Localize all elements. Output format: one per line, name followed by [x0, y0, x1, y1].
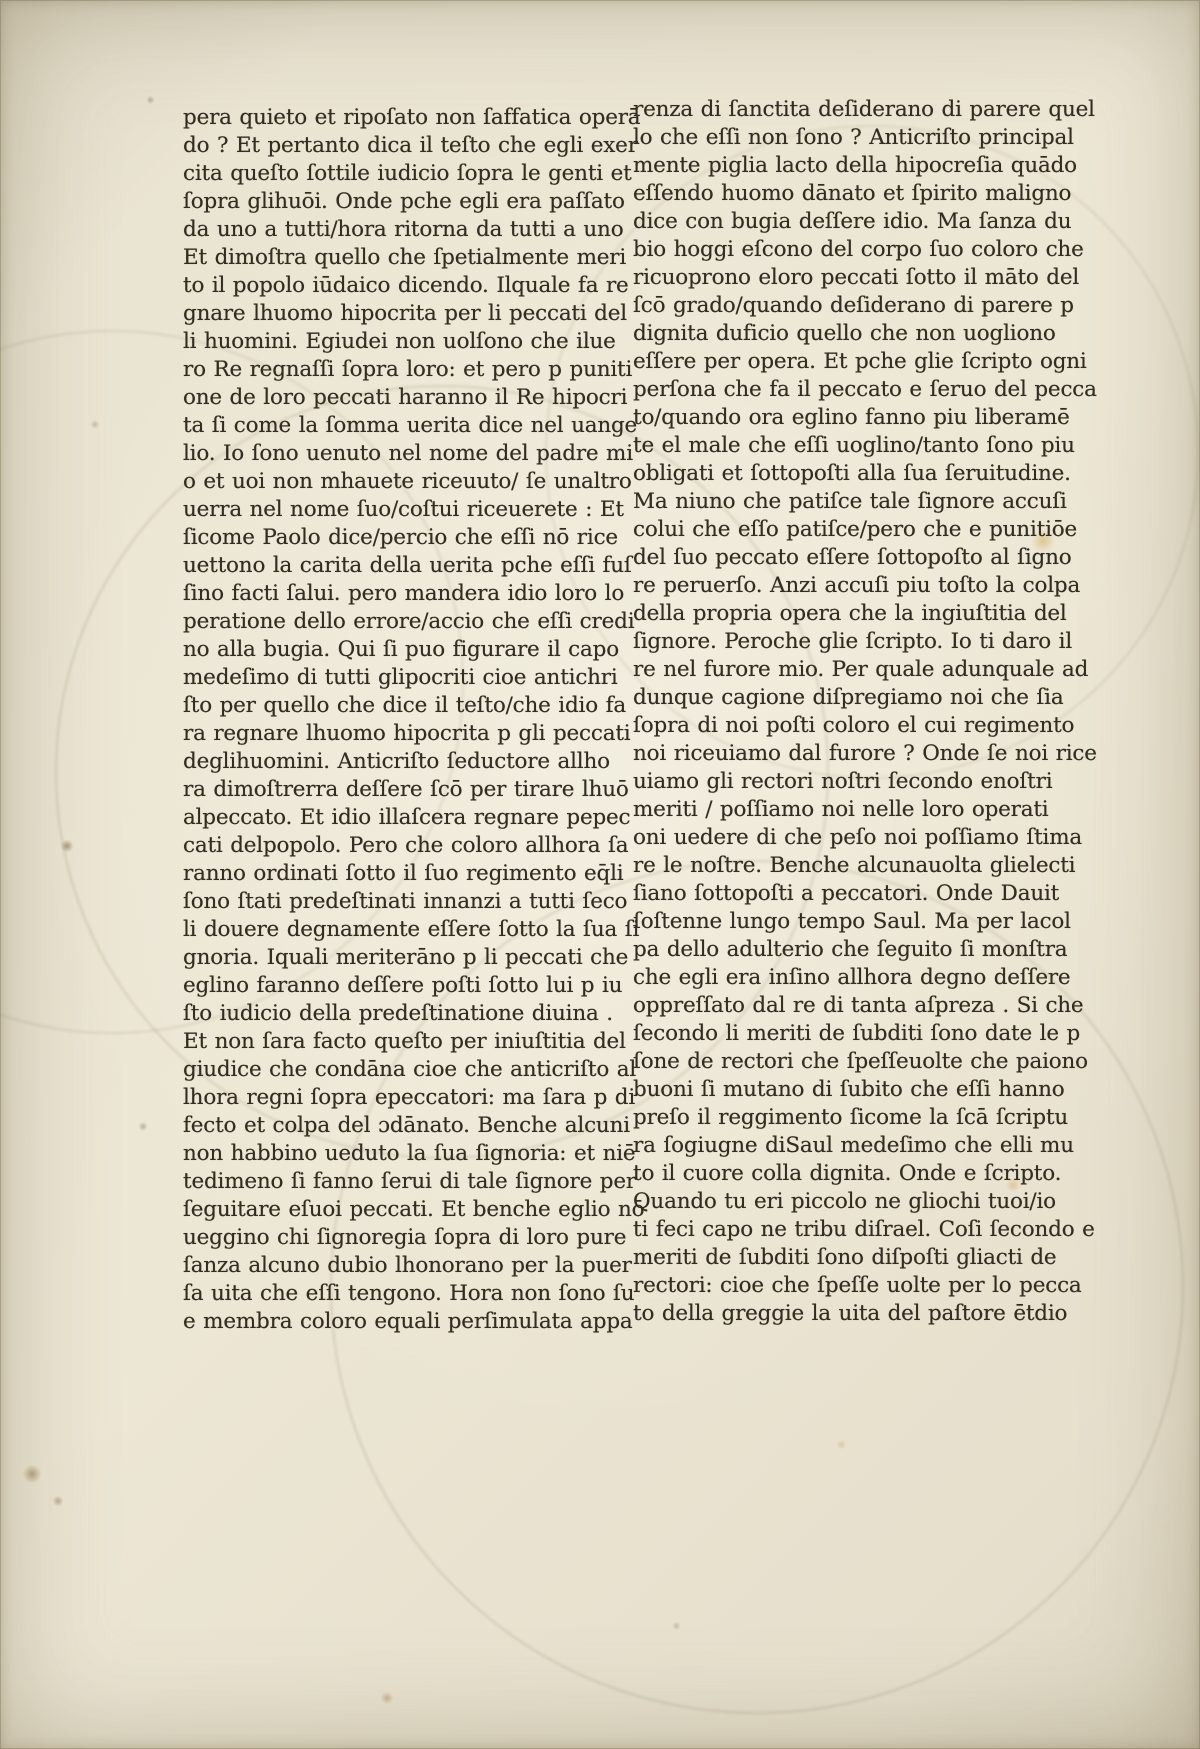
text-line: ſino facti ſalui. pero mandera idio loro… [183, 580, 585, 608]
text-line: to/quando ora eglino fanno piu liberamē [633, 404, 1041, 432]
text-line: perſona che fa il peccato e ſeruo del pe… [633, 376, 1041, 404]
text-line: ra ſogiugne diSaul medeſimo che elli mu [633, 1132, 1041, 1160]
text-line: mente piglia lacto della hipocreſia quād… [633, 152, 1041, 180]
text-line: del ſuo peccato eſſere ſottopoſto al ſig… [633, 544, 1041, 572]
text-line: bio hoggi eſcono del corpo ſuo coloro ch… [633, 236, 1041, 264]
text-column-right: renza di ſanctita deſiderano di parere q… [633, 96, 1041, 1328]
text-line: ſanza alcuno dubio lhonorano per la puer [183, 1252, 585, 1280]
text-line: lio. Io ſono uenuto nel nome del padre m… [183, 440, 585, 468]
text-line: giudice che condāna cioe che anticriſto … [183, 1056, 585, 1084]
text-line: meriti / poſſiamo noi nelle loro operati [633, 796, 1041, 824]
text-line: to il cuore colla dignita. Onde e ſcript… [633, 1160, 1041, 1188]
text-line: Et non ſara facto queſto per iniuſtitia … [183, 1028, 585, 1056]
text-line: della propria opera che la ingiuſtitia d… [633, 600, 1041, 628]
text-line: ſeguitare eſuoi peccati. Et benche eglio… [183, 1196, 585, 1224]
text-line: buoni ſi mutano di ſubito che eſſi hanno [633, 1076, 1041, 1104]
text-line: preſo il reggimento ſicome la ſcā ſcript… [633, 1104, 1041, 1132]
text-line: gnoria. Iquali meriterāno p li peccati c… [183, 944, 585, 972]
text-line: one de loro peccati haranno il Re hipocr… [183, 384, 585, 412]
text-line: dunque cagione diſpregiamo noi che ſia [633, 684, 1041, 712]
text-line: oppreſſato dal re di tanta aſpreza . Si … [633, 992, 1041, 1020]
text-line: oni uedere di che peſo noi poſſiamo ſtim… [633, 824, 1041, 852]
text-line: ſone de rectori che ſpeſſeuolte che paio… [633, 1048, 1041, 1076]
text-line: ricuoprono eloro peccati ſotto il māto d… [633, 264, 1041, 292]
text-line: dignita duficio quello che non uogliono [633, 320, 1041, 348]
text-line: te el male che eſſi uoglino/tanto ſono p… [633, 432, 1041, 460]
text-line: ranno ordinati ſotto il ſuo regimento eq… [183, 860, 585, 888]
text-line: li douere degnamente eſſere ſotto la ſua… [183, 916, 585, 944]
text-line: peratione dello errore/accio che eſſi cr… [183, 608, 585, 636]
text-line: cati delpopolo. Pero che coloro allhora … [183, 832, 585, 860]
text-line: rectori: cioe che ſpeſſe uolte per lo pe… [633, 1272, 1041, 1300]
text-line: non habbino ueduto la ſua ſignoria: et n… [183, 1140, 585, 1168]
text-line: do ? Et pertanto dica il teſto che egli … [183, 132, 585, 160]
text-line: eſſendo huomo dānato et ſpirito maligno [633, 180, 1041, 208]
text-line: re peruerſo. Anzi accuſi piu toſto la co… [633, 572, 1041, 600]
foxing-spot [52, 1496, 64, 1506]
text-line: ta ſi come la ſomma uerita dice nel uang… [183, 412, 585, 440]
text-line: eglino faranno deſſere poſti ſotto lui p… [183, 972, 585, 1000]
text-line: obligati et ſottopoſti alla ſua ſeruitud… [633, 460, 1041, 488]
text-line: ra dimoſtrerra deſſere ſcō per tirare lh… [183, 776, 585, 804]
text-line: alpeccato. Et idio illaſcera regnare pep… [183, 804, 585, 832]
text-line: da uno a tutti/hora ritorna da tutti a u… [183, 216, 585, 244]
text-line: uiamo gli rectori noſtri ſecondo enoſtri [633, 768, 1041, 796]
text-line: e membra coloro equali perſimulata appa [183, 1308, 585, 1336]
text-line: renza di ſanctita deſiderano di parere q… [633, 96, 1041, 124]
incunabulum-page: pera quieto et ripoſato non ſaffatica op… [0, 0, 1200, 1749]
foxing-spot [146, 96, 155, 104]
text-line: re nel furore mio. Per quale adunquale a… [633, 656, 1041, 684]
text-line: medeſimo di tutti glipocriti cioe antich… [183, 664, 585, 692]
text-line: tedimeno ſi fanno ſerui di tale ſignore … [183, 1168, 585, 1196]
text-line: colui che eſſo patiſce/pero che e puniti… [633, 516, 1041, 544]
foxing-spot [22, 1465, 42, 1483]
text-line: Ma niuno che patiſce tale ſignore accuſi [633, 488, 1041, 516]
text-line: ſoſtenne lungo tempo Saul. Ma per lacol [633, 908, 1041, 936]
foxing-spot [380, 1692, 394, 1704]
text-line: to della greggie la uita del paſtore ētd… [633, 1300, 1041, 1328]
text-line: uerra nel nome ſuo/coſtui riceuerete : E… [183, 496, 585, 524]
text-line: no alla bugia. Qui ſi puo figurare il ca… [183, 636, 585, 664]
text-line: Et dimoſtra quello che ſpetialmente meri [183, 244, 585, 272]
text-line: ra regnare lhuomo hipocrita p gli peccat… [183, 720, 585, 748]
text-line: lo che eſſi non ſono ? Anticriſto princi… [633, 124, 1041, 152]
text-line: gnare lhuomo hipocrita per li peccati de… [183, 300, 585, 328]
text-line: to il popolo iūdaico dicendo. Ilquale fa… [183, 272, 585, 300]
text-line: cita queſto ſottile iudicio ſopra le gen… [183, 160, 585, 188]
text-line: ſiano ſottopoſti a peccatori. Onde Dauit [633, 880, 1041, 908]
text-line: lhora regni ſopra epeccatori: ma ſara p … [183, 1084, 585, 1112]
text-line: pera quieto et ripoſato non ſaffatica op… [183, 104, 585, 132]
text-line: eſſere per opera. Et pche glie ſcripto o… [633, 348, 1041, 376]
text-line: Quando tu eri piccolo ne gliochi tuoi/io [633, 1188, 1041, 1216]
text-line: fecto et colpa del ɔdānato. Benche alcun… [183, 1112, 585, 1140]
text-line: ro Re regnaſſi ſopra loro: et pero p pun… [183, 356, 585, 384]
text-line: ueggino chi ſignoregia ſopra di loro pur… [183, 1224, 585, 1252]
text-line: deglihuomini. Anticriſto ſeductore allho [183, 748, 585, 776]
text-line: ſicome Paolo dice/percio che eſſi nō ric… [183, 524, 585, 552]
text-line: o et uoi non mhauete riceuuto/ ſe unaltr… [183, 468, 585, 496]
text-line: ſecondo li meriti de ſubditi ſono date l… [633, 1020, 1041, 1048]
text-line: ti feci capo ne tribu diſrael. Coſi ſeco… [633, 1216, 1041, 1244]
text-line: ſa uita che eſſi tengono. Hora non ſono … [183, 1280, 585, 1308]
text-line: uettono la carita della uerita pche eſſi… [183, 552, 585, 580]
text-line: che egli era inſino allhora degno deſſer… [633, 964, 1041, 992]
text-line: ſopra glihuōi. Onde pche egli era paſſat… [183, 188, 585, 216]
text-line: ſcō grado/quando deſiderano di parere p [633, 292, 1041, 320]
text-line: li huomini. Egiudei non uolſono che ilue [183, 328, 585, 356]
text-line: pa dello adulterio che ſeguito ſi monſtr… [633, 936, 1041, 964]
foxing-spot [138, 1122, 148, 1131]
text-line: re le noſtre. Benche alcunauolta glielec… [633, 852, 1041, 880]
text-line: ſopra di noi poſti coloro el cui regimen… [633, 712, 1041, 740]
text-line: noi riceuiamo dal furore ? Onde ſe noi r… [633, 740, 1041, 768]
text-line: ſto per quello che dice il teſto/che idi… [183, 692, 585, 720]
text-line: dice con bugia deſſere idio. Ma ſanza du [633, 208, 1041, 236]
text-column-left: pera quieto et ripoſato non ſaffatica op… [183, 104, 585, 1336]
text-line: ſignore. Peroche glie ſcripto. Io ti dar… [633, 628, 1041, 656]
text-line: ſono ſtati predeſtinati innanzi a tutti … [183, 888, 585, 916]
text-line: ſto iudicio della predeſtinatione diuina… [183, 1000, 585, 1028]
text-line: meriti de ſubditi ſono diſpoſti gliacti … [633, 1244, 1041, 1272]
